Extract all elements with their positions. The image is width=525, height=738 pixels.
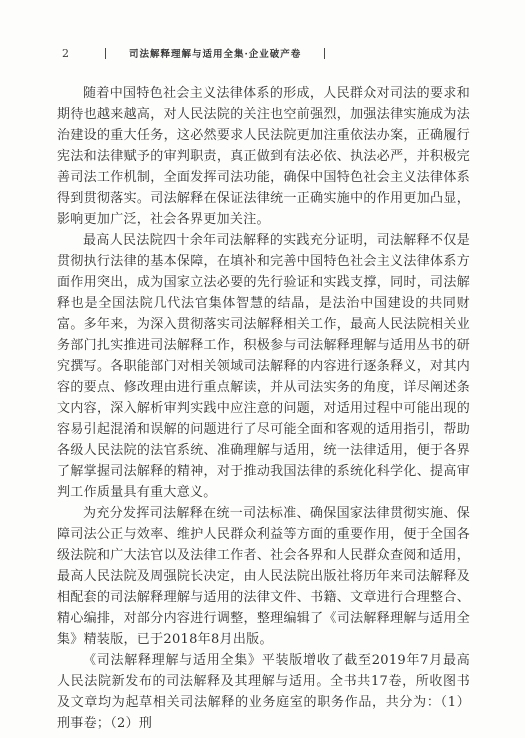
paragraph-hardcover-edition: 为充分发挥司法解释在统一司法标准、确保国家法律贯彻实施、保障司法公正与效率、维护… [57,503,470,650]
paragraph-practice: 最高人民法院四十余年司法解释的实践充分证明，司法解释不仅是贯彻执行法律的基本保障… [57,230,470,503]
page-number: 2 [62,47,69,60]
paragraph-paperback-edition: 《司法解释理解与适用全集》平装版增收了截至2019年7月最高人民法院新发布的司法… [57,650,470,734]
page-body: 随着中国特色社会主义法律体系的形成，人民群众对司法的要求和期待也越来越高，对人民… [57,83,470,734]
header-divider-left [105,48,106,59]
header-divider-right [324,48,325,59]
book-page: 2 司法解释理解与适用全集·企业破产卷 随着中国特色社会主义法律体系的形成，人民… [0,0,525,738]
paragraph-intro: 随着中国特色社会主义法律体系的形成，人民群众对司法的要求和期待也越来越高，对人民… [57,83,470,230]
page-header: 2 司法解释理解与适用全集·企业破产卷 [62,46,325,60]
header-title: 司法解释理解与适用全集·企业破产卷 [129,46,301,60]
